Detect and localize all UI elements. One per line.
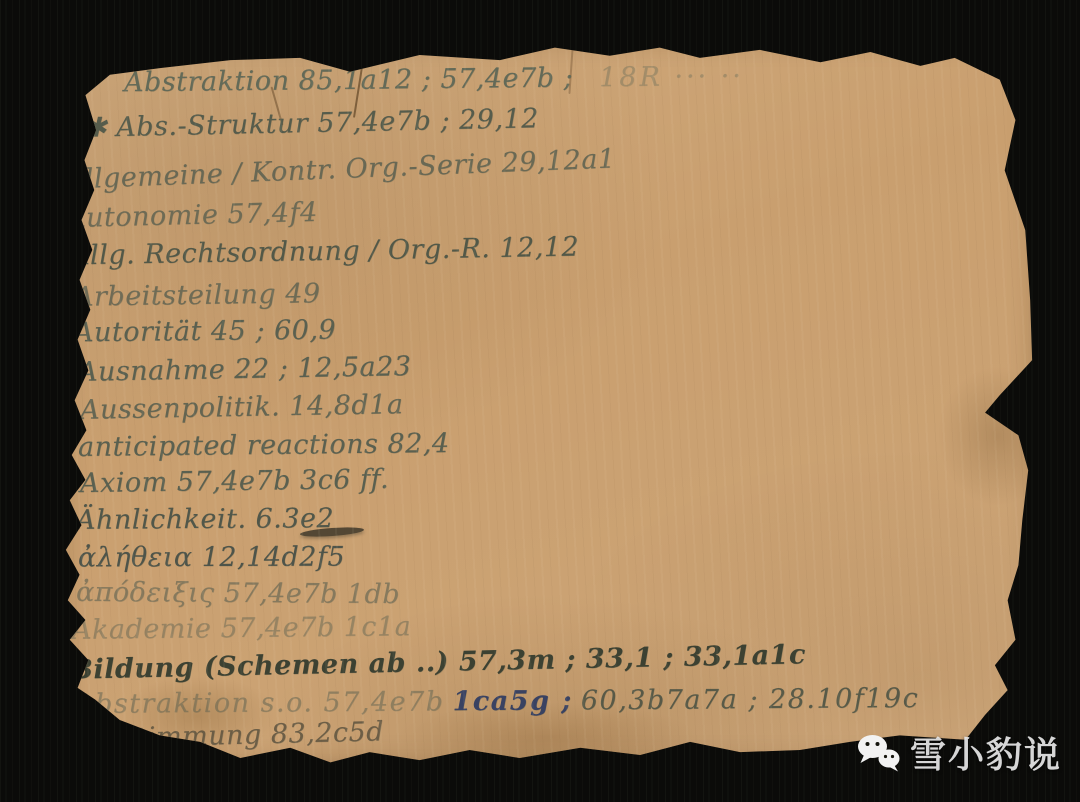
- note-line: Bildung (Schemen ab ..) 57,3m ; 33,1 ; 3…: [70, 639, 806, 685]
- wechat-icon: [856, 733, 902, 773]
- note-line: ✱ Abs.-Struktur 57,4e7b ; 29,12: [84, 103, 539, 144]
- note-line: Akademie 57,4e7b 1c1a: [72, 611, 412, 646]
- note-line: allgemeine / Kontr. Org.-Serie 29,12a1: [68, 143, 616, 195]
- note-line: Zustimmung 83,2c5d: [84, 716, 385, 754]
- note-line-blue-ink: 1ca5g ;: [452, 685, 572, 717]
- photo-background: Abstraktion 85,1a12 ; 57,4e7b ;18R ··· ·…: [0, 0, 1080, 802]
- note-line: anticipated reactions 82,4: [78, 428, 450, 463]
- paper-stain: [938, 366, 1058, 506]
- note-line-text: Abstraktion 85,1a12 ; 57,4e7b ;: [124, 63, 573, 99]
- note-line: Autorität 45 ; 60,9: [74, 315, 336, 349]
- note-line-text: 60,3b7a7a ; 28.10f19c: [581, 683, 920, 716]
- note-line: Abstraktion 85,1a12 ; 57,4e7b ;18R ··· ·…: [124, 61, 744, 98]
- note-line: Aussenpolitik. 14,8d1a: [80, 389, 404, 426]
- handwritten-index-card: Abstraktion 85,1a12 ; 57,4e7b ;18R ··· ·…: [58, 36, 1038, 766]
- channel-watermark: 雪小豹说: [856, 727, 1062, 778]
- note-line: Ausnahme 22 ; 12,5a23: [78, 351, 412, 388]
- note-line: Axiom 57,4e7b 3c6 ff.: [80, 464, 390, 499]
- note-line: Ähnlichkeit. 6.3e2: [76, 503, 334, 536]
- note-line: Autonomie 57,4f4: [66, 197, 318, 234]
- note-line: ἀλήθεια 12,14d2f5: [78, 542, 345, 574]
- note-line: ἀπόδειξις 57,4e7b 1db: [76, 577, 400, 610]
- watermark-label: 雪小豹说: [910, 727, 1062, 778]
- note-line-faded-tail: 18R ··· ··: [599, 61, 744, 94]
- note-line-text: Abstraktion s.o. 57,4e7b: [74, 686, 445, 720]
- note-line: Allg. Rechtsordnung / Org.-R. 12,12: [70, 232, 580, 272]
- note-line: Arbeitsteilung 49: [74, 278, 321, 312]
- note-line: Abstraktion s.o. 57,4e7b1ca5g ;60,3b7a7a…: [74, 683, 919, 720]
